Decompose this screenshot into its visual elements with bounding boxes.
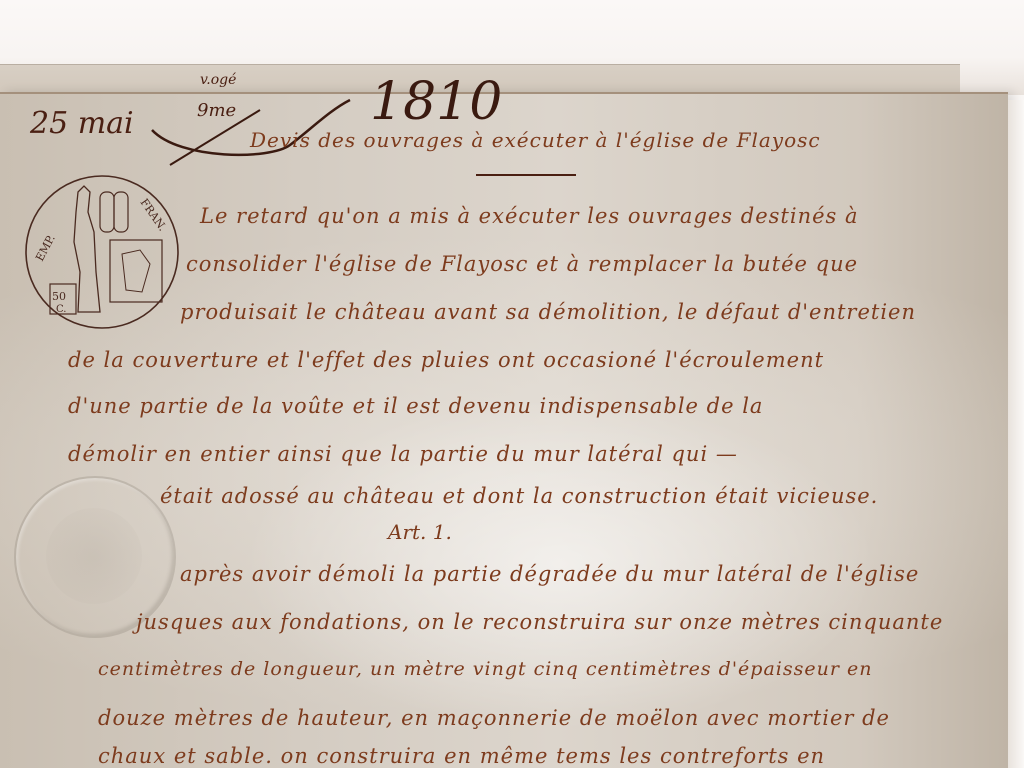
date-year: 1810 (370, 72, 502, 132)
margin-note-top: v.ogé (200, 72, 236, 88)
text-line-7: était adossé au château et dont la const… (160, 484, 878, 508)
text-line-11: douze mètres de hauteur, en maçonnerie d… (98, 706, 890, 730)
text-line-4: de la couverture et l'effet des pluies o… (68, 348, 824, 372)
article-heading: Art. 1. (388, 520, 452, 544)
text-line-9: jusques aux fondations, on le reconstrui… (136, 610, 943, 634)
svg-text:C.: C. (56, 304, 66, 315)
svg-text:EMP.: EMP. (33, 233, 58, 264)
embossed-seal-figure (46, 508, 142, 604)
text-line-8: après avoir démoli la partie dégradée du… (180, 562, 919, 586)
document-title: Devis des ouvrages à exécuter à l'église… (250, 128, 821, 152)
date-day: 25 mai (30, 106, 134, 141)
revenue-stamp-icon: EMP. FRAN. 50 C. (22, 172, 182, 332)
text-line-6: démolir en entier ainsi que la partie du… (68, 442, 738, 466)
text-line-5: d'une partie de la voûte et il est deven… (68, 394, 763, 418)
text-line-10: centimètres de longueur, un mètre vingt … (98, 658, 872, 680)
svg-text:FRAN.: FRAN. (138, 196, 169, 233)
text-line-12: chaux et sable. on construira en même te… (98, 744, 825, 768)
text-line-2: consolider l'église de Flayosc et à remp… (186, 252, 858, 276)
text-line-3: produisait le château avant sa démolitio… (180, 300, 916, 324)
svg-text:50: 50 (52, 290, 66, 303)
text-line-1: Le retard qu'on a mis à exécuter les ouv… (200, 204, 859, 228)
photo-right-margin (1008, 100, 1024, 768)
title-underline (476, 174, 576, 176)
